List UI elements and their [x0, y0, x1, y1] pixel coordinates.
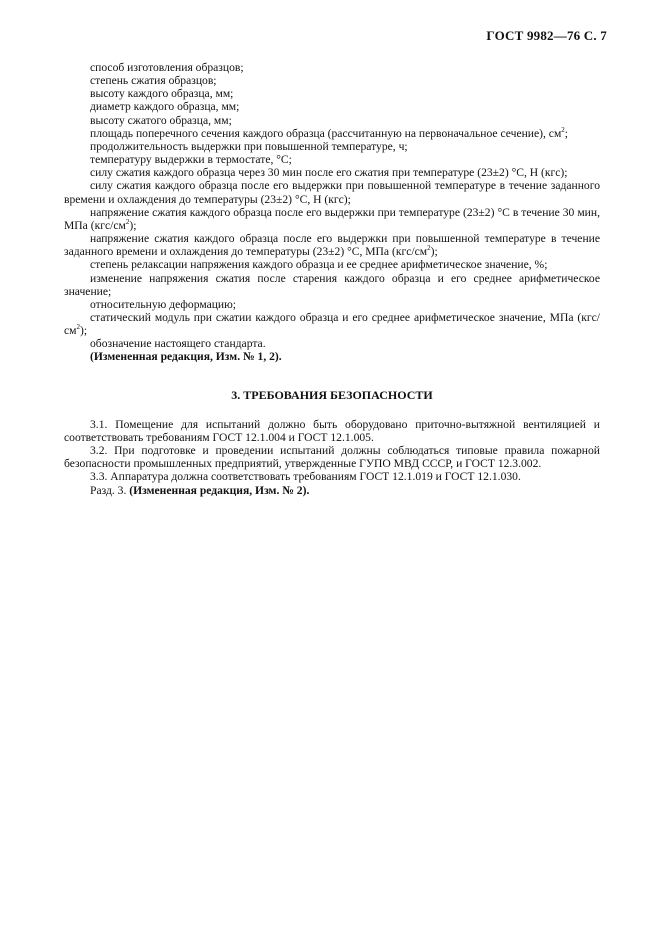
list-item: статический модуль при сжатии каждого об… [64, 311, 600, 337]
paragraph-3-3: 3.3. Аппаратура должна соответствовать т… [64, 470, 600, 483]
report-items-list: способ изготовления образцов;степень сжа… [64, 61, 600, 350]
list-item: силу сжатия каждого образца через 30 мин… [64, 166, 600, 179]
list-item: диаметр каждого образца, мм; [64, 100, 600, 113]
list-item: температуру выдержки в термостате, °С; [64, 153, 600, 166]
list-item: изменение напряжения сжатия после старен… [64, 272, 600, 298]
paragraph-3-1: 3.1. Помещение для испытаний должно быть… [64, 418, 600, 444]
paragraph-3-2: 3.2. При подготовке и проведении испытан… [64, 444, 600, 470]
document-body: способ изготовления образцов;степень сжа… [64, 61, 600, 497]
page-header: ГОСТ 9982—76 С. 7 [486, 28, 607, 44]
list-item: степень релаксации напряжения каждого об… [64, 258, 600, 271]
list-item: обозначение настоящего стандарта. [64, 337, 600, 350]
list-item: площадь поперечного сечения каждого обра… [64, 127, 600, 140]
list-item: силу сжатия каждого образца после его вы… [64, 179, 600, 205]
list-item: продолжительность выдержки при повышенно… [64, 140, 600, 153]
amendment-note: (Измененная редакция, Изм. № 1, 2). [64, 350, 600, 363]
list-item: способ изготовления образцов; [64, 61, 600, 74]
list-item: напряжение сжатия каждого образца после … [64, 232, 600, 258]
list-item: высоту каждого образца, мм; [64, 87, 600, 100]
amendment-text: (Измененная редакция, Изм. № 2). [129, 484, 309, 497]
list-item: высоту сжатого образца, мм; [64, 114, 600, 127]
list-item: напряжение сжатия каждого образца после … [64, 206, 600, 232]
list-item: степень сжатия образцов; [64, 74, 600, 87]
section-title: 3. ТРЕБОВАНИЯ БЕЗОПАСНОСТИ [64, 389, 600, 402]
section-ref: Разд. 3. [90, 484, 129, 497]
list-item: относительную деформацию; [64, 298, 600, 311]
section-amendment-note: Разд. 3. (Измененная редакция, Изм. № 2)… [64, 484, 600, 497]
